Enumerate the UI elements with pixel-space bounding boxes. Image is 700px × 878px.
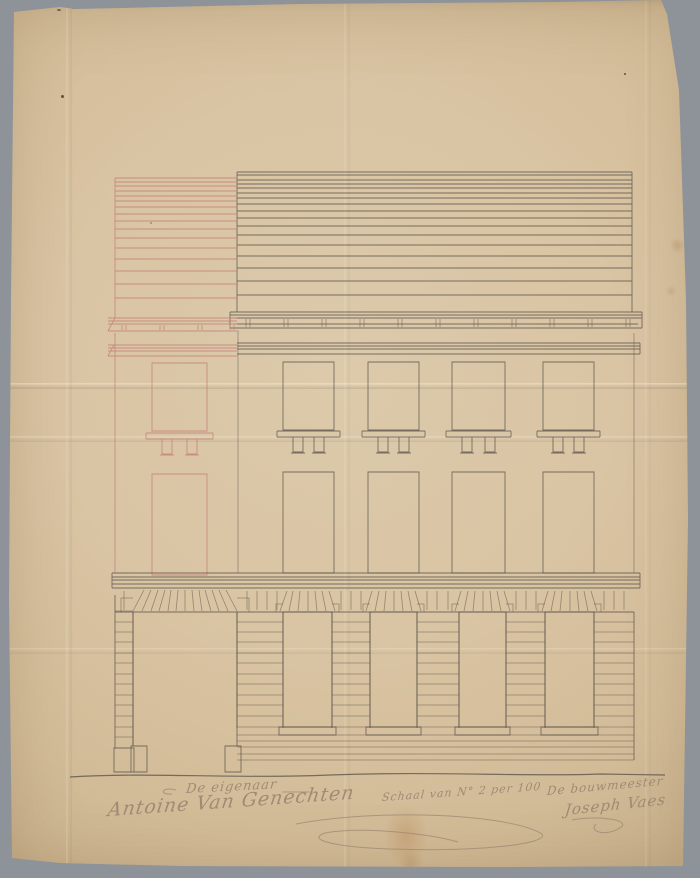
paper-spot [666, 286, 676, 296]
paper-speck [57, 9, 61, 11]
frieze-band-red [108, 345, 237, 356]
rusticated-piers [115, 595, 634, 760]
roof-slating-red [115, 178, 237, 318]
paper-spot [670, 238, 685, 253]
first-floor-windows [283, 472, 594, 573]
ground-floor-windows [279, 612, 598, 735]
first-floor-window-red [152, 474, 207, 575]
vertical-fold-crease [645, 0, 651, 878]
main-cornice-black [230, 312, 642, 328]
paper-sheet: De eigenaar Antoine Van Genechten Schaal… [0, 0, 700, 878]
ground-floor-entablature [112, 573, 640, 588]
second-floor-window-red [146, 363, 213, 455]
horizontal-fold-crease [0, 383, 700, 389]
horizontal-fold-crease [0, 436, 700, 442]
vertical-fold-crease [344, 0, 350, 878]
facade-elevation-drawing [0, 0, 700, 878]
second-floor-windows [277, 362, 600, 453]
wall-edges [115, 330, 634, 573]
lintel-voussoirs [115, 590, 634, 612]
paper-speck [624, 73, 626, 75]
main-cornice-red [108, 318, 237, 331]
roof-slating-black [237, 172, 632, 312]
horizontal-fold-crease [0, 648, 700, 654]
scale-note: Schaal van N° 2 per 100 [381, 780, 542, 804]
vertical-fold-crease [66, 0, 72, 878]
ink-stain [385, 806, 427, 866]
gate-opening [114, 612, 241, 772]
plinth-courses [237, 727, 634, 760]
paper-speck [61, 95, 64, 98]
paper-speck [72, 7, 75, 9]
ink-stain [399, 851, 423, 877]
paper-speck [150, 222, 152, 224]
frieze-band-black [237, 343, 640, 354]
ground-line [70, 774, 665, 777]
